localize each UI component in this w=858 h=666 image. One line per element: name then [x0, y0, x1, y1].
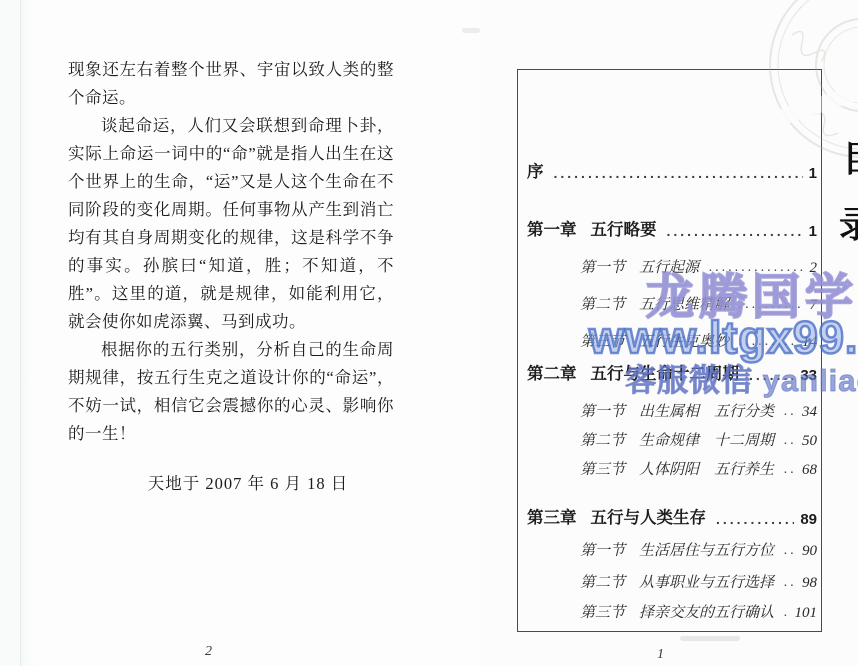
paragraph: 根据你的五行类别，分析自己的生命周期规律，按五行生克之道设计你的“命运”，不妨一… — [68, 336, 394, 448]
toc-title: 序 — [527, 158, 544, 182]
page-edge-line — [20, 0, 21, 666]
scan-smudge — [462, 28, 480, 33]
date-line: 天地于 2007 年 6 月 18 日 — [68, 470, 394, 498]
toc-page-number: 98 — [802, 575, 817, 592]
toc-page-number: 14 — [802, 334, 817, 351]
toc-section-number: 第三节 — [580, 601, 625, 622]
toc-title: 五行起源 — [639, 256, 699, 277]
toc-entry-section: 第二节 从事职业与五行选择 98 — [518, 570, 821, 592]
toc-title: 从事职业与五行选择 — [639, 571, 774, 592]
toc-title: 生命规律 十二周期 — [639, 429, 774, 450]
toc-title: 五行生克奥妙 — [639, 330, 729, 351]
scan-smudge — [680, 636, 740, 641]
toc-entry-section: 第三节 五行生克奥妙 14 — [518, 329, 821, 351]
toc-section-number: 第二节 — [580, 571, 625, 592]
leader-dots — [716, 511, 794, 527]
toc-entry-chapter-2: 第二章 五行与生命十二周期 33 — [518, 362, 821, 384]
toc-section-number: 第一节 — [580, 400, 625, 421]
toc-page-number: 68 — [802, 462, 817, 479]
toc-page-number: 7 — [810, 297, 818, 314]
toc-entry-section: 第一节 出生属相 五行分类 34 — [518, 399, 821, 421]
toc-title: 五行与生命十二周期 — [591, 360, 740, 384]
toc-page-number: 2 — [810, 260, 818, 277]
toc-section-number: 第二节 — [580, 429, 625, 450]
toc-section-number: 第二节 — [580, 293, 625, 314]
toc-entry-section: 第二节 五行思维精解 7 — [518, 292, 821, 314]
toc-entry-section: 第一节 生活居住与五行方位 90 — [518, 538, 821, 560]
toc-title: 出生属相 五行分类 — [639, 400, 774, 421]
toc-page-number: 34 — [802, 404, 817, 421]
toc-entry-section: 第一节 五行起源 2 — [518, 255, 821, 277]
toc-entry-section: 第三节 择亲交友的五行确认 101 — [518, 600, 821, 622]
leader-dots — [784, 404, 796, 420]
toc-section-number: 第一节 — [580, 539, 625, 560]
toc-section-number: 第三节 — [580, 458, 625, 479]
toc-title: 择亲交友的五行确认 — [639, 601, 774, 622]
page-number-right: 1 — [657, 647, 664, 663]
leader-dots — [739, 334, 796, 350]
leader-dots — [784, 575, 796, 591]
toc-page-number: 1 — [809, 223, 817, 240]
leader-dots — [667, 223, 803, 239]
toc-chapter-number: 第一章 — [527, 216, 577, 240]
toc-title: 五行思维精解 — [639, 293, 729, 314]
leader-dots — [784, 543, 796, 559]
toc-entry-section: 第二节 生命规律 十二周期 50 — [518, 428, 821, 450]
leader-dots — [784, 605, 788, 621]
toc-page-number: 50 — [802, 433, 817, 450]
toc-chapter-number: 第二章 — [527, 360, 577, 384]
edge-title-char-lu: 录 — [839, 207, 858, 243]
leader-dots — [749, 367, 794, 383]
paragraph: 现象还左右着整个世界、宇宙以致人类的整个命运。 — [68, 56, 394, 112]
toc-entry-chapter-1: 第一章 五行略要 1 — [518, 218, 821, 240]
paragraph: 谈起命运，人们又会联想到命理卜卦，实际上命运一词中的“命”就是指人出生在这个世界… — [68, 112, 394, 336]
edge-title-char-mu: 目 — [842, 141, 858, 177]
page-number-left: 2 — [205, 644, 212, 660]
leader-dots — [784, 462, 796, 478]
toc-entry-section: 第三节 人体阴阳 五行养生 68 — [518, 457, 821, 479]
book-spread: 现象还左右着整个世界、宇宙以致人类的整个命运。 谈起命运，人们又会联想到命理卜卦… — [0, 0, 858, 666]
toc-title: 五行与人类生存 — [591, 504, 707, 528]
toc-title: 生活居住与五行方位 — [639, 539, 774, 560]
toc-page-number: 90 — [802, 543, 817, 560]
leader-dots — [709, 260, 803, 276]
leader-dots — [739, 297, 803, 313]
toc-title: 人体阴阳 五行养生 — [639, 458, 774, 479]
leader-dots — [784, 433, 796, 449]
left-page: 现象还左右着整个世界、宇宙以致人类的整个命运。 谈起命运，人们又会联想到命理卜卦… — [20, 0, 482, 666]
toc-section-number: 第一节 — [580, 256, 625, 277]
toc-page-number: 89 — [800, 511, 817, 528]
toc-entry-chapter-3: 第三章 五行与人类生存 89 — [518, 506, 821, 528]
toc-title: 五行略要 — [591, 216, 657, 240]
toc-chapter-number: 第三章 — [527, 504, 577, 528]
toc-page-number: 33 — [800, 367, 817, 384]
toc-section-number: 第三节 — [580, 330, 625, 351]
toc-page-number: 101 — [795, 605, 818, 622]
body-text: 现象还左右着整个世界、宇宙以致人类的整个命运。 谈起命运，人们又会联想到命理卜卦… — [68, 56, 394, 498]
